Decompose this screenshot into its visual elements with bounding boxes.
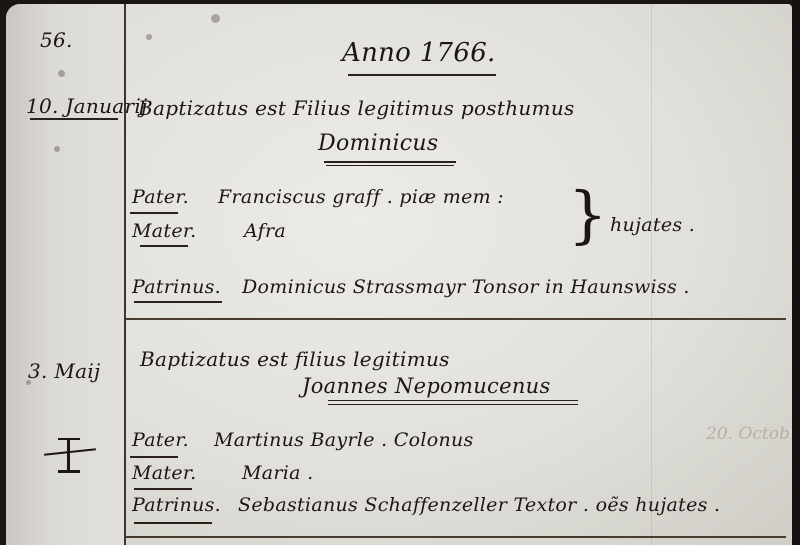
entry-2-intro: Baptizatus est filius legitimus (140, 347, 450, 371)
entry-1-pater-label: Pater. (132, 186, 189, 208)
entry-1-intro: Baptizatus est Filius legitimus posthumu… (138, 96, 575, 120)
entry-2-child-underline (328, 400, 578, 401)
year-heading: Anno 1766. (342, 38, 496, 68)
ink-speck (146, 34, 152, 40)
cross-icon (44, 434, 96, 476)
ink-speck (54, 146, 60, 152)
entry-2-child-underline-2 (328, 404, 578, 405)
page-number: 56. (40, 28, 73, 52)
entry-2-pater: Martinus Bayrle . Colonus (214, 429, 474, 451)
entry-2-patrinus-label: Patrinus. (132, 494, 221, 516)
entry-separator (126, 318, 786, 320)
register-page: 56. Anno 1766. 10. Januarij Baptizatus e… (6, 4, 792, 545)
entry-1-date-underline (30, 118, 118, 120)
entry-2-child-name: Joannes Nepomucenus (302, 374, 551, 398)
entry-1-child-name: Dominicus (318, 131, 438, 156)
faint-column-rule (651, 4, 652, 545)
entry-2-mater-underline (134, 488, 192, 490)
ink-speck (211, 14, 220, 23)
entry-1-pater-underline (130, 212, 178, 214)
bleed-through-text: 20. Octob. (706, 424, 792, 444)
entry-1-child-underline-2 (326, 165, 454, 166)
ink-speck (58, 70, 65, 77)
margin-rule (124, 4, 126, 545)
entry-2-mater: Maria . (242, 462, 313, 484)
scan-edge (792, 0, 800, 545)
entry-1-child-underline (324, 161, 456, 163)
entry-2-pater-underline (130, 456, 178, 458)
entry-2-date: 3. Maij (28, 359, 101, 383)
entry-1-patrinus-underline (134, 301, 222, 303)
entry-2-patrinus: Sebastianus Schaffenzeller Textor . oẽs … (238, 494, 720, 516)
entry-1-patrinus-label: Patrinus. (132, 276, 221, 298)
entry-1-pater: Franciscus graff . piæ mem : (218, 186, 504, 208)
entry-1-mater-label: Mater. (132, 220, 197, 242)
entry-2-mater-label: Mater. (132, 462, 197, 484)
year-heading-underline (348, 74, 496, 76)
entry-2-pater-label: Pater. (132, 429, 189, 451)
entry-1-mater-underline (140, 245, 188, 247)
entry-1-date: 10. Januarij (26, 94, 148, 118)
entry-1-mater: Afra (244, 220, 286, 242)
entry-bottom-rule (126, 536, 786, 538)
entry-1-brace-note: hujates . (610, 214, 695, 236)
curly-brace: } (568, 184, 607, 246)
entry-2-patrinus-underline (134, 522, 212, 524)
entry-1-patrinus: Dominicus Strassmayr Tonsor in Haunswiss… (242, 276, 690, 298)
